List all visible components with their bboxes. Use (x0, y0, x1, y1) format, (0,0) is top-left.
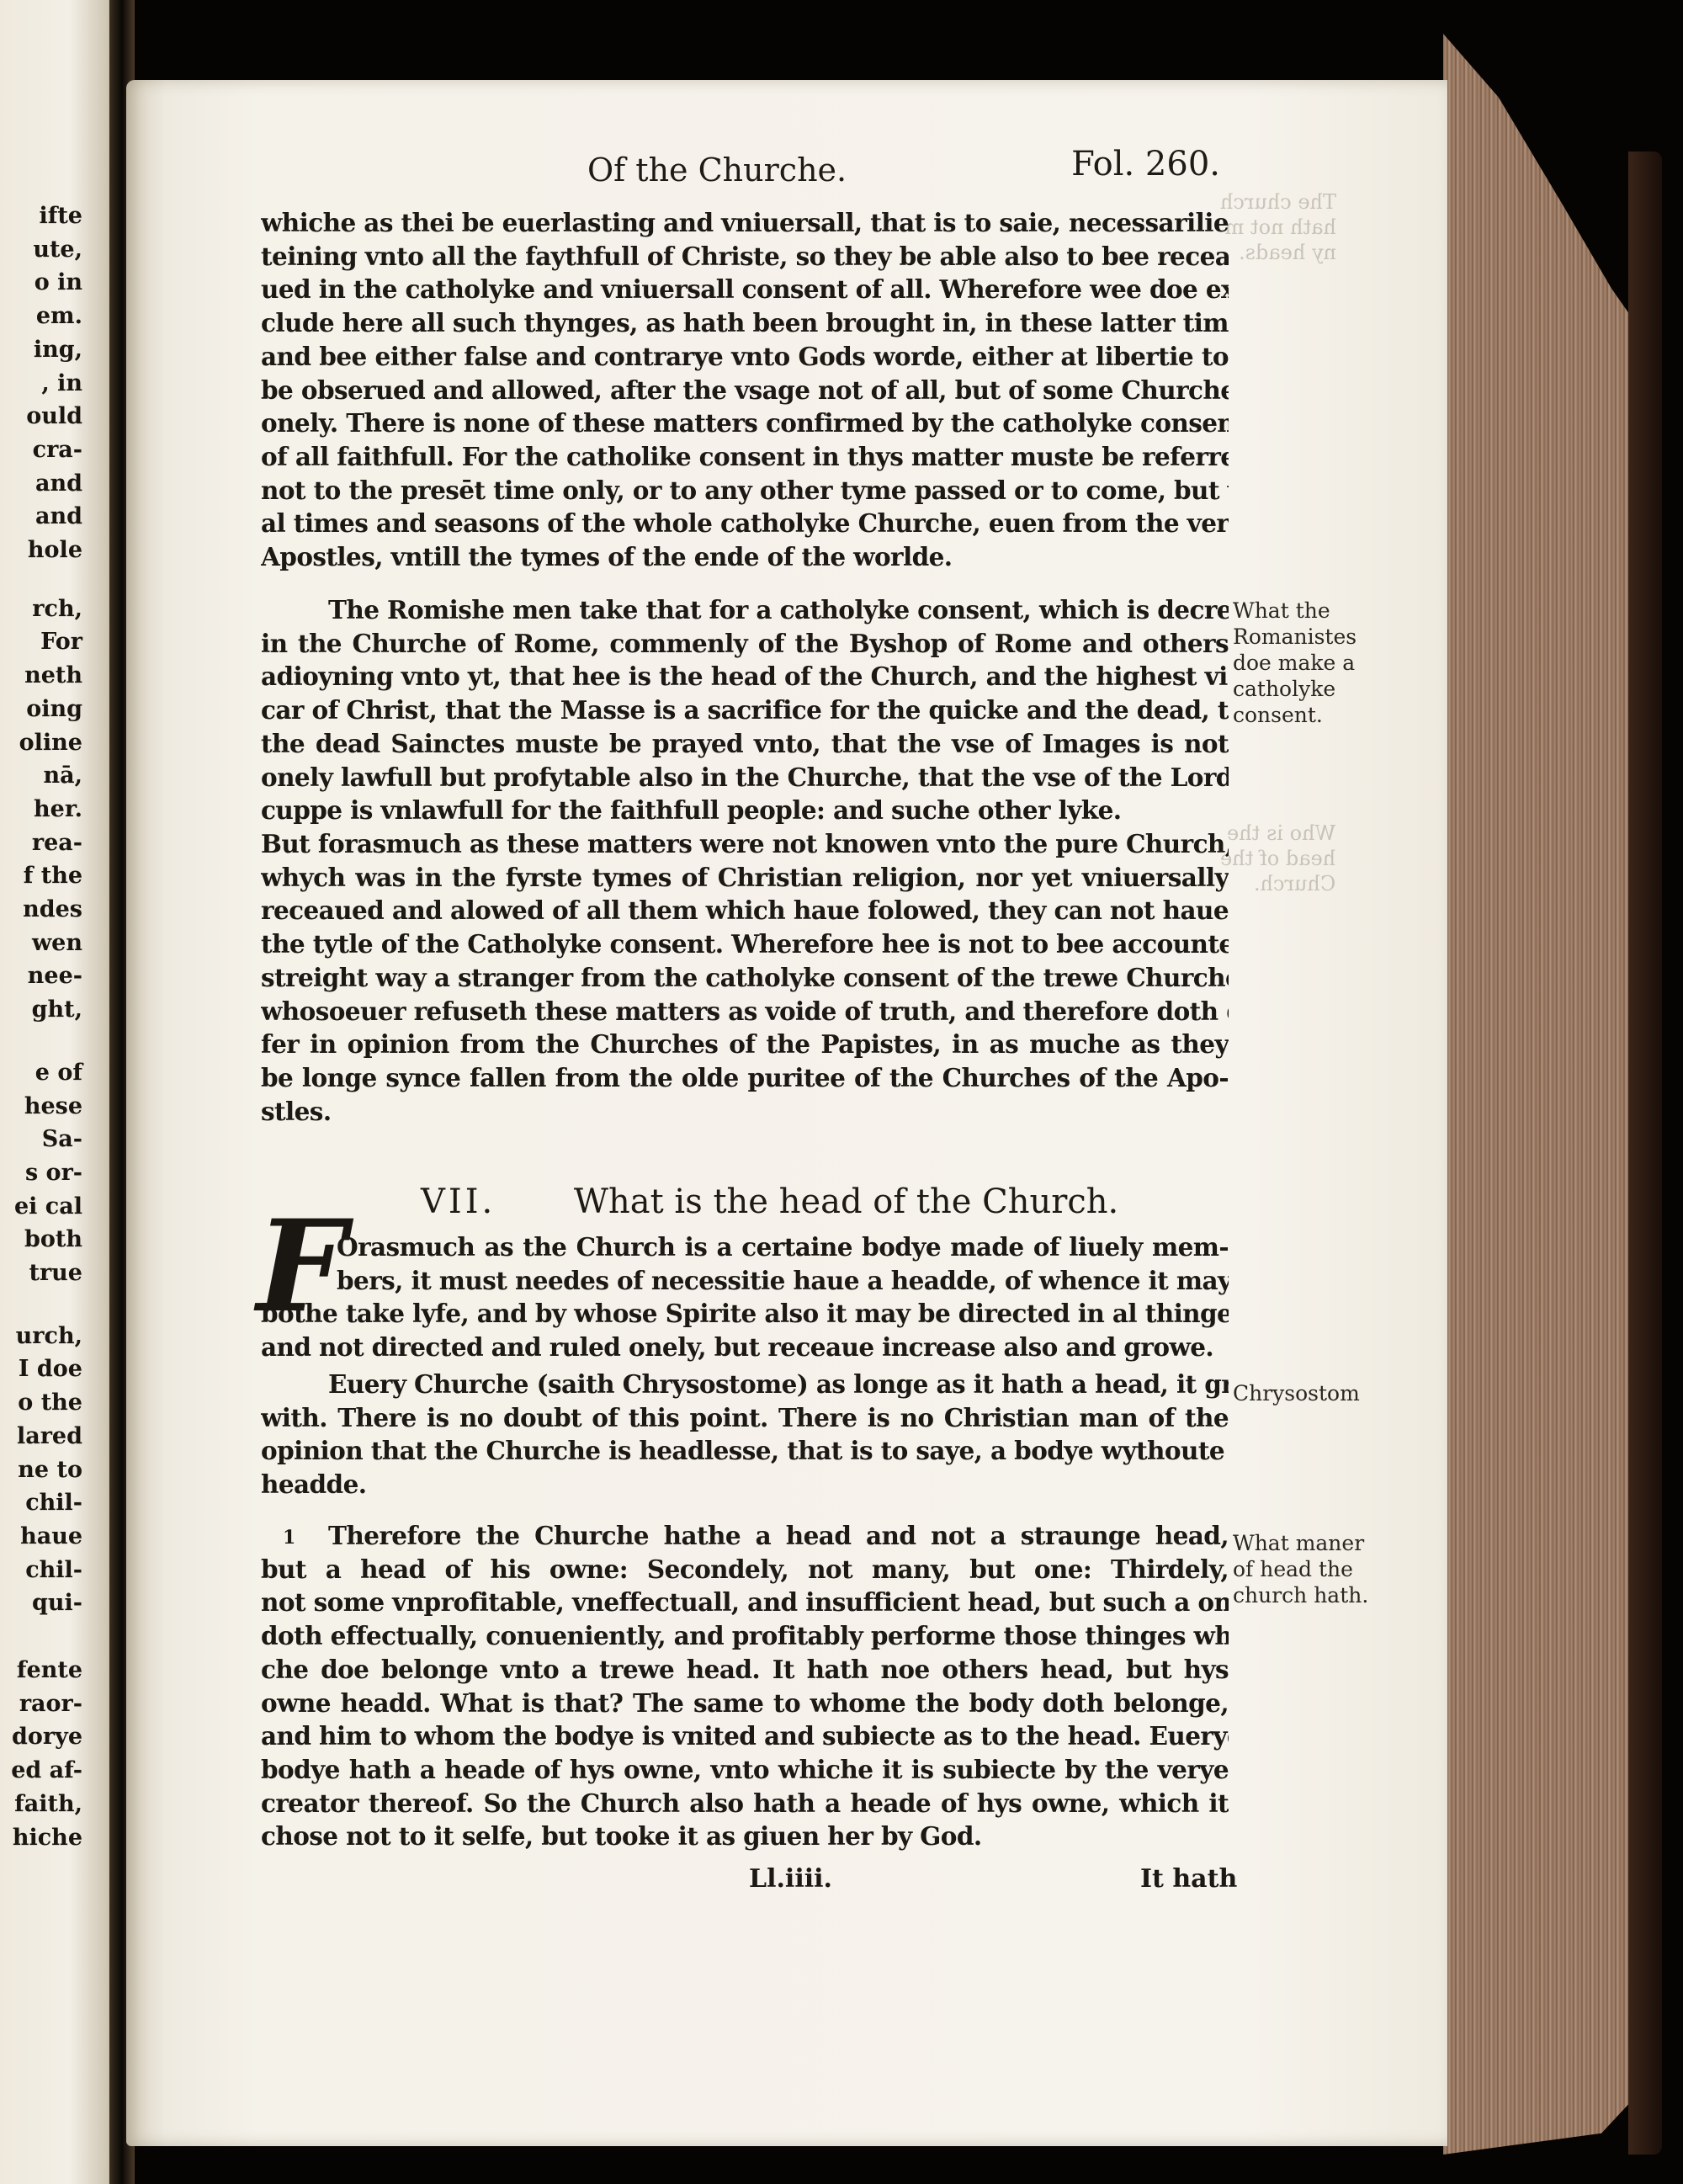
text-line: cuppe is vnlawfull for the faithfull peo… (261, 794, 1229, 827)
signature-mark: Ll.iiii. (749, 1864, 832, 1894)
left-page-fragment: neth (24, 664, 82, 687)
left-page-fragment: I doe (19, 1358, 82, 1380)
text-line: of all faithfull. For the catholike cons… (261, 440, 1229, 474)
left-page-fragment: fente (17, 1659, 82, 1682)
text-line: teining vnto all the faythfull of Christ… (261, 240, 1229, 274)
text-line: and bee either false and contrarye vnto … (261, 340, 1229, 374)
left-page-fragment: For (40, 630, 82, 653)
text-line: car of Christ, that the Masse is a sacri… (261, 693, 1229, 727)
left-page-fragment: o in (35, 271, 82, 294)
text-line: creator thereof. So the Church also hath… (261, 1787, 1229, 1820)
left-page-fragment: hese (24, 1095, 82, 1118)
left-page-fragment: and (35, 505, 82, 528)
margin-note-romanistes: What the Romanistes doe make a catholyke… (1233, 598, 1426, 728)
page-fore-edge (1443, 34, 1641, 2155)
text-line: stles. (261, 1095, 1229, 1129)
text-line: Euery Churche (saith Chrysostome) as lon… (261, 1368, 1229, 1401)
left-page-fragment: qui- (32, 1592, 82, 1614)
text-line: clude here all such thynges, as hath bee… (261, 306, 1229, 340)
left-page-fragment: faith, (14, 1793, 82, 1815)
text-line: Therefore the Churche hathe a head and n… (261, 1519, 1229, 1553)
text-line: receaued and alowed of all them which ha… (261, 894, 1229, 927)
left-page-fragment: cra- (33, 438, 82, 461)
left-page-fragment: chil- (25, 1559, 82, 1581)
left-page-fragment: raor- (19, 1692, 82, 1715)
left-page-fragment: urch, (16, 1325, 82, 1347)
left-page-fragment: em. (36, 305, 82, 327)
left-page-fragment: and (35, 472, 82, 495)
left-page-fragment: oline (19, 731, 82, 754)
left-page-fragment: true (29, 1262, 82, 1284)
text-line: the tytle of the Catholyke consent. Wher… (261, 927, 1229, 961)
left-page-fragment: hiche (13, 1826, 82, 1849)
text-line: fer in opinion from the Churches of the … (261, 1028, 1229, 1061)
left-page-fragment: ei cal (14, 1195, 82, 1218)
text-line: whych was in the fyrste tymes of Christi… (261, 861, 1229, 895)
paragraph-3: But forasmuch as these matters were not … (261, 827, 1229, 1128)
left-page-fragment: rea- (32, 832, 82, 854)
facing-left-page: ifteute,o inem.ing,, inouldcra-andandhol… (0, 0, 126, 2184)
left-page-fragment: ght, (32, 998, 82, 1021)
paragraph-5: Euery Churche (saith Chrysostome) as lon… (261, 1368, 1229, 1501)
text-line: onely. There is none of these matters co… (261, 407, 1229, 440)
left-page-fragment: ifte (39, 205, 82, 227)
left-page-fragment: rch, (32, 598, 82, 620)
text-line: chose not to it selfe, but tooke it as g… (261, 1820, 1229, 1853)
section-title: What is the head of the Church. (574, 1182, 1118, 1221)
text-line: bers, it must needes of necessitie haue … (261, 1264, 1229, 1298)
text-line: ued in the catholyke and vniuersall cons… (261, 273, 1229, 306)
text-line: not to the presēt time only, or to any o… (261, 474, 1229, 507)
text-line: But forasmuch as these matters were not … (261, 827, 1229, 861)
left-page-fragment: f the (24, 864, 82, 887)
left-page-fragment: ne to (18, 1459, 82, 1481)
catchword: It hath (1140, 1864, 1237, 1894)
margin-note-maner-of-head: What maner of head the church hath. (1233, 1530, 1426, 1608)
paragraph-4: Orasmuch as the Church is a certaine bod… (261, 1230, 1229, 1364)
text-line: with. There is no doubt of this point. T… (261, 1401, 1229, 1435)
left-page-fragment: e of (35, 1061, 82, 1084)
text-line: headde. (261, 1468, 1229, 1501)
margin-note-chrysostom: Chrysostom (1233, 1380, 1426, 1406)
left-page-fragment: wen (32, 932, 82, 954)
text-line: bothe take lyfe, and by whose Spirite al… (261, 1297, 1229, 1331)
text-line: bodye hath a heade of hys owne, vnto whi… (261, 1753, 1229, 1787)
book-binding (1628, 151, 1662, 2155)
left-page-fragment: both (24, 1228, 82, 1251)
left-page-fragment: nā, (43, 764, 82, 787)
text-line: The Romishe men take that for a catholyk… (261, 593, 1229, 627)
text-line: and him to whom the bodye is vnited and … (261, 1719, 1229, 1753)
left-page-fragment: ed af- (11, 1759, 82, 1782)
text-line: the dead Sainctes muste be prayed vnto, … (261, 727, 1229, 761)
text-line: and not directed and ruled onely, but re… (261, 1331, 1229, 1364)
left-page-fragment: ute, (33, 238, 82, 261)
text-line: onely lawfull but profytable also in the… (261, 761, 1229, 794)
show-through-mid: Who is the head of the Church. (1220, 821, 1335, 896)
text-line: not some vnprofitable, vneffectuall, and… (261, 1586, 1229, 1619)
left-page-fragment: haue (20, 1525, 82, 1548)
left-page-fragment: ould (26, 405, 82, 428)
left-page-fragment: , in (41, 372, 82, 395)
left-page-fragment: nee- (28, 964, 82, 987)
left-page-fragment: ing, (34, 338, 82, 361)
running-head-title: Of the Churche. (587, 151, 847, 189)
text-line: che doe belonge vnto a trewe head. It ha… (261, 1653, 1229, 1687)
left-page-fragment: s or- (25, 1161, 82, 1184)
left-page-fragment: o the (18, 1391, 82, 1414)
text-line: Apostles, vntill the tymes of the ende o… (261, 540, 1229, 574)
text-line: but a head of his owne: Secondely, not m… (261, 1553, 1229, 1586)
paragraph-2: The Romishe men take that for a catholyk… (261, 593, 1229, 827)
text-line: al times and seasons of the whole cathol… (261, 507, 1229, 540)
paragraph-6: Therefore the Churche hathe a head and n… (261, 1519, 1229, 1853)
left-page-fragment: hole (28, 539, 82, 561)
text-line: be obserued and allowed, after the vsage… (261, 374, 1229, 407)
text-line: whosoeuer refuseth these matters as void… (261, 995, 1229, 1028)
section-number: VII. (421, 1182, 496, 1221)
left-page-fragment: Sa- (42, 1128, 82, 1150)
show-through-top: The church hath not m ny heads. (1220, 189, 1336, 265)
text-line: Orasmuch as the Church is a certaine bod… (261, 1230, 1229, 1264)
text-line: streight way a stranger from the catholy… (261, 961, 1229, 995)
left-page-fragment: chil- (25, 1491, 82, 1514)
paragraph-1: whiche as thei be euerlasting and vniuer… (261, 206, 1229, 574)
text-line: be longe synce fallen from the olde puri… (261, 1061, 1229, 1095)
text-line: owne headd. What is that? The same to wh… (261, 1687, 1229, 1720)
text-line: doth effectually, conueniently, and prof… (261, 1619, 1229, 1653)
text-line: in the Churche of Rome, commenly of the … (261, 627, 1229, 661)
left-page-fragment: oing (26, 698, 82, 720)
folio-number: Fol. 260. (1071, 145, 1220, 183)
section-heading: VII. What is the head of the Church. (421, 1182, 1118, 1221)
text-line: adioyning vnto yt, that hee is the head … (261, 660, 1229, 693)
left-page-fragment: lared (17, 1425, 82, 1448)
left-page-fragment: ndes (23, 898, 82, 921)
left-page-fragment: dorye (12, 1725, 82, 1748)
text-line: whiche as thei be euerlasting and vniuer… (261, 206, 1229, 240)
text-line: opinion that the Churche is headlesse, t… (261, 1434, 1229, 1468)
left-page-fragment: her. (34, 798, 82, 821)
